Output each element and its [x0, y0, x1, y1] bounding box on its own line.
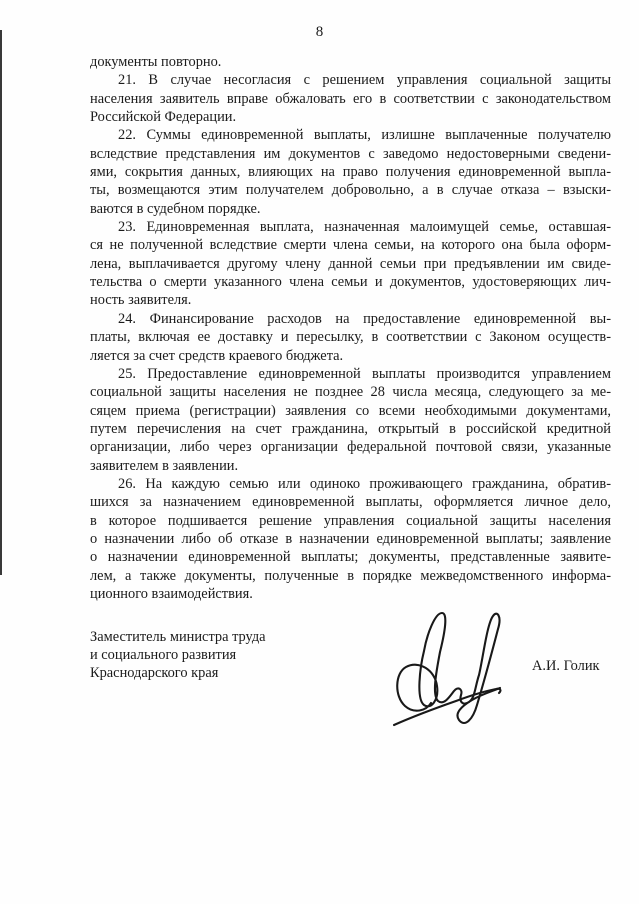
- text-line: социальной защиты населения не позднее 2…: [90, 383, 611, 401]
- text-line: организации, либо через организации феде…: [90, 438, 611, 456]
- document-body: документы повторно.21. В случае несоглас…: [90, 53, 611, 603]
- text-line: 23. Единовременная выплата, назначенная …: [90, 218, 611, 236]
- signatory-title-line: Заместитель министра труда: [90, 628, 266, 646]
- paragraph: документы повторно.: [90, 53, 611, 71]
- text-line: путем перечисления на счет гражданина, о…: [90, 420, 611, 438]
- text-line: о назначении единовременной выплаты; док…: [90, 548, 611, 566]
- text-line: заявителем в заявлении.: [90, 457, 611, 475]
- text-line: 22. Суммы единовременной выплаты, излишн…: [90, 126, 611, 144]
- signatory-title: Заместитель министра трудаи социального …: [90, 628, 266, 682]
- text-line: ся не полученной вследствие смерти члена…: [90, 236, 611, 254]
- text-line: ционного взаимодействия.: [90, 585, 611, 603]
- text-line: ность заявителя.: [90, 291, 611, 309]
- signatory-title-line: и социального развития: [90, 646, 266, 664]
- paragraph: 24. Финансирование расходов на предостав…: [90, 310, 611, 365]
- text-line: населения заявитель вправе обжаловать ег…: [90, 90, 611, 108]
- scan-edge-artifact: [0, 30, 2, 575]
- text-line: ты, возмещаются этим получателем доброво…: [90, 181, 611, 199]
- paragraph: 25. Предоставление единовременной выплат…: [90, 365, 611, 475]
- text-line: 21. В случае несогласия с решением управ…: [90, 71, 611, 89]
- text-line: 24. Финансирование расходов на предостав…: [90, 310, 611, 328]
- text-line: шихся за назначением единовременной выпл…: [90, 493, 611, 511]
- text-line: тельства о смерти указанного члена семьи…: [90, 273, 611, 291]
- text-line: Российской Федерации.: [90, 108, 611, 126]
- signature-stroke-main: [397, 613, 500, 723]
- text-line: ляется за счет средств краевого бюджета.: [90, 347, 611, 365]
- signatory-name: А.И. Голик: [532, 658, 600, 675]
- document-page: 8 документы повторно.21. В случае несогл…: [0, 0, 639, 904]
- page-number: 8: [0, 24, 639, 41]
- text-line: сяцем приема (регистрации) заявления со …: [90, 402, 611, 420]
- text-line: ями, сокрытия данных, влияющих на право …: [90, 163, 611, 181]
- text-line: лем, а также документы, полученные в пор…: [90, 567, 611, 585]
- text-line: 25. Предоставление единовременной выплат…: [90, 365, 611, 383]
- text-line: вследствие представления им документов с…: [90, 145, 611, 163]
- text-line: документы повторно.: [90, 53, 611, 71]
- paragraph: 21. В случае несогласия с решением управ…: [90, 71, 611, 126]
- paragraph: 23. Единовременная выплата, назначенная …: [90, 218, 611, 310]
- text-line: 26. На каждую семью или одиноко проживаю…: [90, 475, 611, 493]
- signature-handwritten: [390, 607, 508, 731]
- text-line: платы, включая ее доставку и пересылку, …: [90, 328, 611, 346]
- paragraph: 26. На каждую семью или одиноко проживаю…: [90, 475, 611, 603]
- paragraph: 22. Суммы единовременной выплаты, излишн…: [90, 126, 611, 218]
- text-line: в которое подшивается решение управления…: [90, 512, 611, 530]
- text-line: ваются в судебном порядке.: [90, 200, 611, 218]
- text-line: лена, выплачивается другому члену данной…: [90, 255, 611, 273]
- signatory-title-line: Краснодарского края: [90, 664, 266, 682]
- text-line: о назначении либо об отказе в назначении…: [90, 530, 611, 548]
